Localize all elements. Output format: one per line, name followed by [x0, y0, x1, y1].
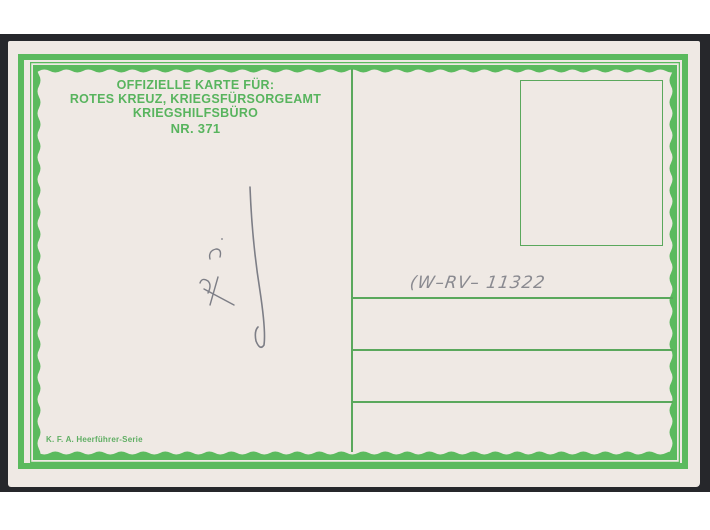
address-line-2 [352, 349, 673, 351]
pencil-mark-icon [194, 181, 284, 351]
header-line-1: OFFIZIELLE KARTE FÜR: [38, 78, 353, 92]
postcard: OFFIZIELLE KARTE FÜR: ROTES KREUZ, KRIEG… [8, 41, 700, 487]
series-label: K. F. A. Heerführer-Serie [46, 435, 143, 444]
card-number: NR. 371 [38, 121, 353, 137]
header-line-2: ROTES KREUZ, KRIEGSFÜRSORGEAMT [38, 92, 353, 106]
card-header: OFFIZIELLE KARTE FÜR: ROTES KREUZ, KRIEG… [38, 78, 353, 137]
stamp-box [520, 80, 663, 246]
handwritten-address-note: (W–RV– 11322 [409, 273, 547, 293]
header-line-3: KRIEGSHILFSBÜRO [38, 106, 353, 120]
address-line-1 [352, 297, 673, 299]
address-line-3 [352, 401, 673, 403]
